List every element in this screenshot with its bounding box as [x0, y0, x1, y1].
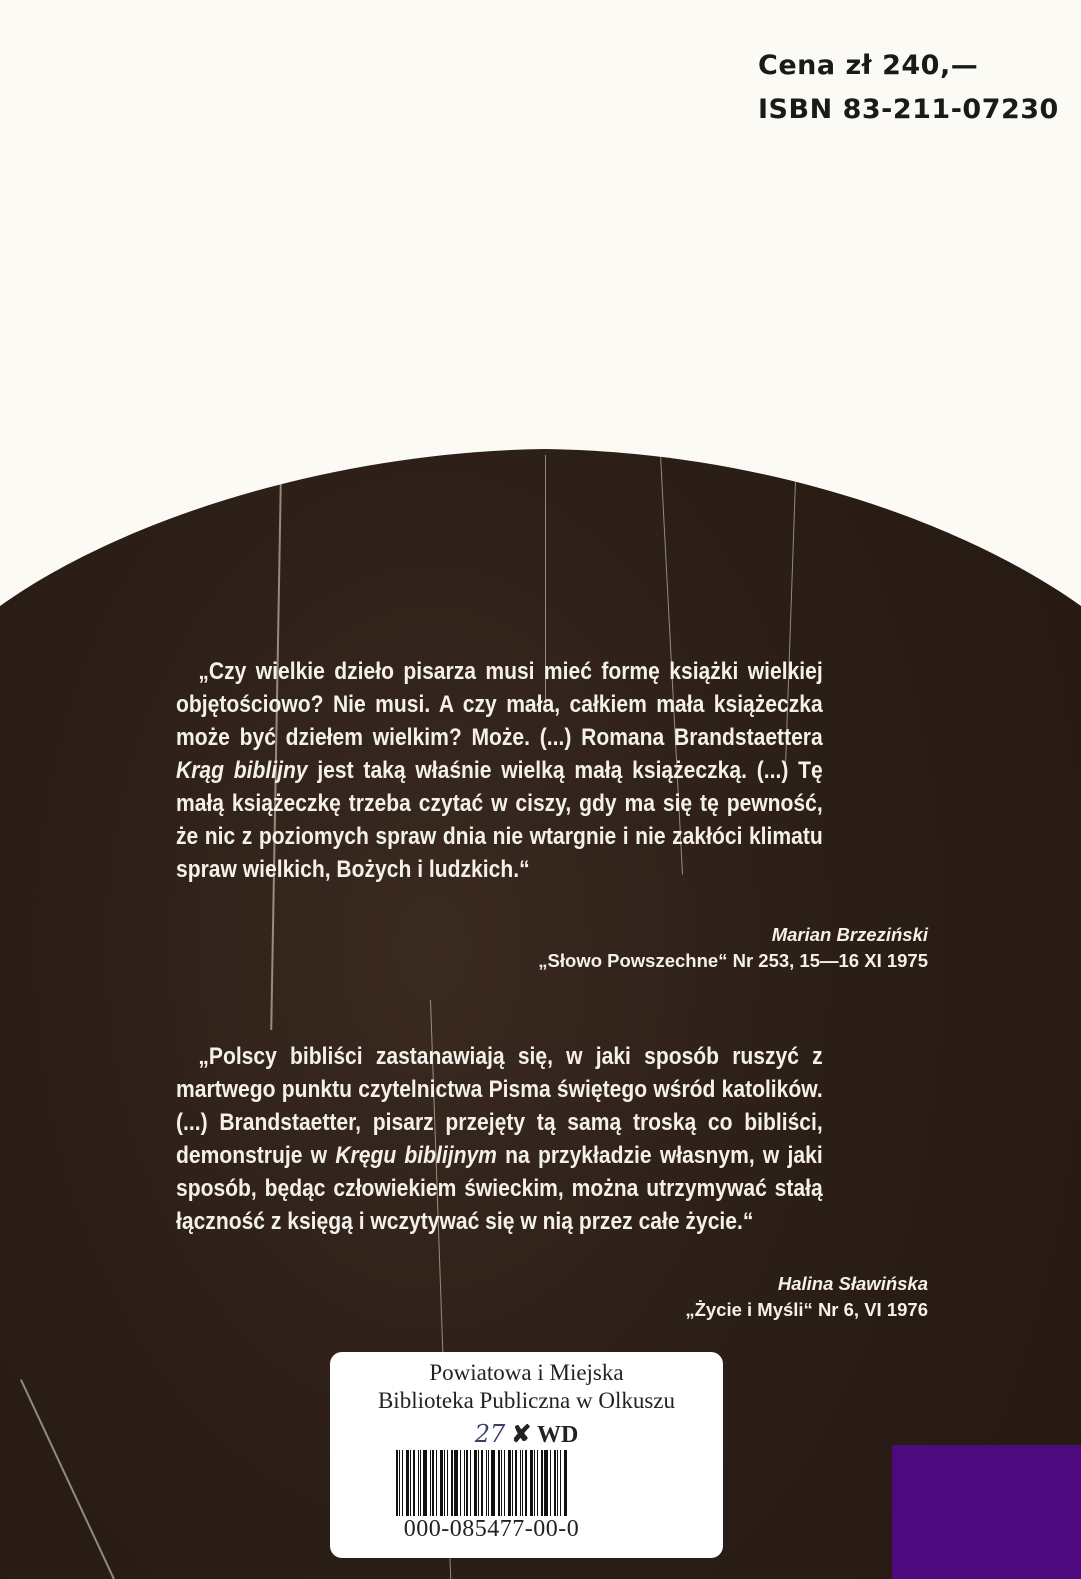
barcode-bar	[486, 1450, 487, 1516]
library-name-line1: Powiatowa i Miejska	[330, 1360, 723, 1386]
barcode-bar	[474, 1450, 477, 1516]
barcode-bar	[564, 1450, 567, 1516]
barcode-bar	[478, 1450, 479, 1516]
library-sticker: Powiatowa i Miejska Biblioteka Publiczna…	[330, 1352, 723, 1558]
barcode-bar	[470, 1450, 471, 1516]
barcode-bar	[515, 1450, 517, 1516]
barcode-number: 000-085477-00-0	[330, 1516, 653, 1543]
quote-1-attribution: Marian Brzeziński „Słowo Powszechne“ Nr …	[538, 922, 928, 974]
book-title: Krąg biblijny	[176, 757, 308, 784]
handwritten-mark: 27	[475, 1420, 506, 1448]
barcode-bar	[436, 1450, 437, 1516]
barcode-bar	[406, 1450, 409, 1516]
barcode-bar	[444, 1450, 445, 1516]
price-text: Cena zł 240,—	[758, 44, 1059, 88]
barcode-bar	[537, 1450, 538, 1516]
book-title: Kręgu biblijnym	[335, 1142, 497, 1169]
barcode-bar	[541, 1450, 543, 1516]
barcode-bar	[534, 1450, 535, 1516]
barcode-bar	[491, 1450, 495, 1516]
barcode-bar	[560, 1450, 561, 1516]
shelf-signature: 27 ✘ WD	[330, 1420, 723, 1449]
barcode-bar	[399, 1450, 400, 1516]
barcode-bar	[454, 1450, 458, 1516]
barcode-bar	[481, 1450, 483, 1516]
barcode-bar	[447, 1450, 448, 1516]
barcode-bar	[418, 1450, 419, 1516]
barcode-bar	[432, 1450, 434, 1516]
barcode-bar	[440, 1450, 443, 1516]
quote-author: Marian Brzeziński	[538, 922, 928, 948]
review-quote-2: „Polscy bibliści zastanawiają się, w jak…	[176, 1040, 823, 1238]
barcode-bar	[423, 1450, 427, 1516]
purple-tape-label	[892, 1445, 1081, 1579]
quote-text: „Polscy bibliści zastanawiają się, w jak…	[176, 1040, 823, 1238]
barcode-bar	[508, 1450, 511, 1516]
barcode	[396, 1450, 626, 1516]
barcode-bar	[410, 1450, 411, 1516]
quote-source: „Słowo Powszechne“ Nr 253, 15—16 XI 1975	[538, 948, 928, 974]
barcode-bar	[520, 1450, 521, 1516]
shelf-mark: WD	[537, 1422, 578, 1448]
barcode-bar	[504, 1450, 505, 1516]
pin-icon: ✘	[511, 1422, 531, 1448]
barcode-bar	[554, 1450, 556, 1516]
barcode-bar	[396, 1450, 398, 1516]
barcode-bar	[430, 1450, 431, 1516]
barcode-bar	[498, 1450, 500, 1516]
barcode-bar	[466, 1450, 468, 1516]
barcode-bar	[464, 1450, 465, 1516]
barcode-bar	[530, 1450, 533, 1516]
barcode-bar	[501, 1450, 502, 1516]
quote-text: „Czy wielkie dzieło pisarza musi mieć fo…	[176, 655, 823, 886]
barcode-bar	[451, 1450, 453, 1516]
quote-author: Halina Sławińska	[685, 1271, 928, 1297]
barcode-bar	[525, 1450, 527, 1516]
quote-source: „Życie i Myśli“ Nr 6, VI 1976	[685, 1297, 928, 1323]
barcode-bar	[544, 1450, 548, 1516]
barcode-bar	[460, 1450, 461, 1516]
barcode-bar	[402, 1450, 403, 1516]
barcode-bar	[413, 1450, 415, 1516]
barcode-bar	[557, 1450, 558, 1516]
barcode-bar	[522, 1450, 523, 1516]
barcode-bar	[420, 1450, 421, 1516]
price-block: Cena zł 240,— ISBN 83-211-07230	[758, 44, 1059, 132]
barcode-bar	[550, 1450, 551, 1516]
isbn-text: ISBN 83-211-07230	[758, 88, 1059, 132]
quote-2-attribution: Halina Sławińska „Życie i Myśli“ Nr 6, V…	[685, 1271, 928, 1323]
review-quote-1: „Czy wielkie dzieło pisarza musi mieć fo…	[176, 655, 823, 886]
crease-line	[20, 1379, 115, 1579]
library-name-line2: Biblioteka Publiczna w Olkuszu	[330, 1388, 723, 1414]
barcode-bar	[512, 1450, 513, 1516]
barcode-bar	[488, 1450, 489, 1516]
quote-segment: „Czy wielkie dzieło pisarza musi mieć fo…	[176, 658, 823, 751]
